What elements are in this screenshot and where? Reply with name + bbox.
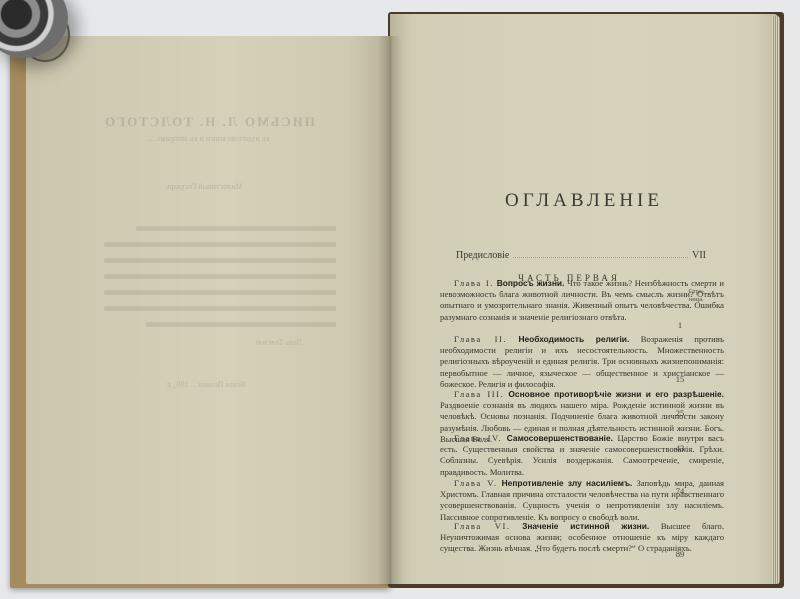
show-through-line	[104, 242, 336, 247]
show-through-line	[104, 306, 336, 311]
chapter-3-page: 25	[672, 408, 688, 418]
show-through-line	[136, 226, 336, 231]
toc-entry-chapter-1: Глава I. Вопросъ жизни. Что такое жизнь?…	[440, 278, 724, 323]
book-photo-scene: ПИСЬМО Л. Н. ТОЛСТОГО къ издателю книги …	[0, 0, 800, 599]
show-through-line	[104, 258, 336, 263]
show-through-title: ПИСЬМО Л. Н. ТОЛСТОГО	[26, 114, 392, 130]
toc-chapters: Глава I. Вопросъ жизни. Что такое жизнь?…	[390, 14, 800, 584]
show-through-salutation: Милостивый Государь	[166, 182, 243, 191]
toc-entry-chapter-5: Глава V. Непротивленіе злу насиліемъ. За…	[440, 478, 724, 523]
show-through-line	[104, 290, 336, 295]
show-through-line	[104, 274, 336, 279]
toc-entry-chapter-4: Глава IV. Самосовершенствованіе. Царство…	[440, 433, 724, 478]
left-page: ПИСЬМО Л. Н. ТОЛСТОГО къ издателю книги …	[26, 36, 392, 584]
show-through-signature: Левъ Толстой	[256, 338, 302, 347]
chapter-5-page: 74	[672, 486, 688, 496]
show-through-subtitle: къ издателю книги и къ авторамъ ...	[46, 134, 372, 143]
show-through-footer: Ясная Поляна ... 190_ г.	[166, 380, 246, 389]
show-through-line	[146, 322, 336, 327]
chapter-6-page: 89	[672, 549, 688, 559]
chapter-1-page: 1	[672, 320, 688, 330]
chapter-2-page: 15	[672, 374, 688, 384]
chapter-4-page: 43	[672, 443, 688, 453]
